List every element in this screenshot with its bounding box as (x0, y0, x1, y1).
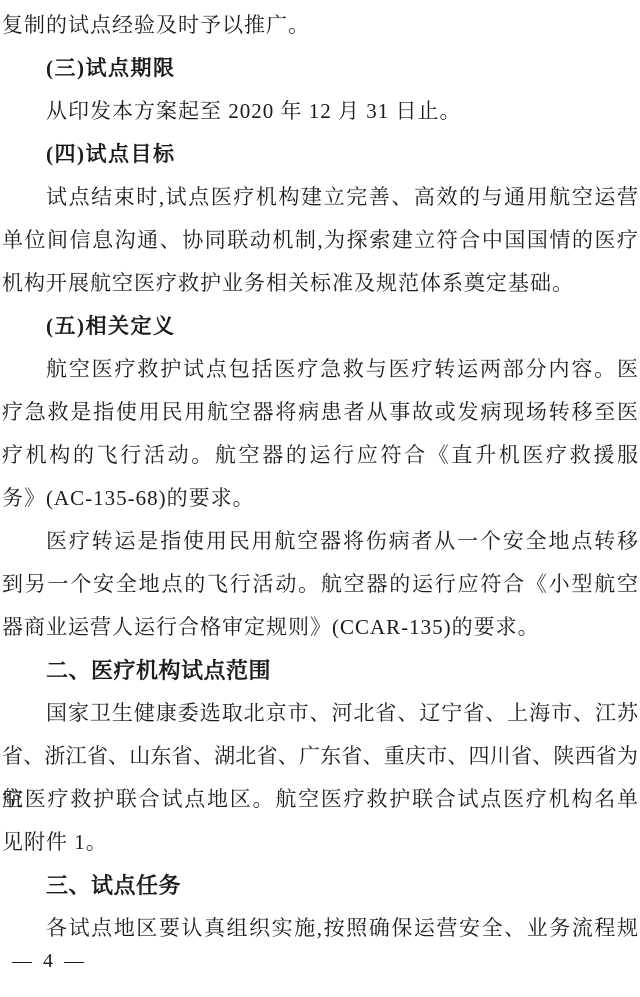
body-line: 见附件 1。 (2, 821, 638, 864)
body-line: 机构开展航空医疗救护业务相关标准及规范体系奠定基础。 (2, 262, 638, 305)
body-line: 到另一个安全地点的飞行活动。航空器的运行应符合《小型航空 (2, 563, 638, 606)
page-number: — 4 — (12, 950, 87, 972)
body-line: 国家卫生健康委选取北京市、河北省、辽宁省、上海市、江苏 (2, 692, 638, 735)
body-line: 务》(AC-135-68)的要求。 (2, 477, 638, 520)
body-line: 医疗转运是指使用民用航空器将伤病者从一个安全地点转移 (2, 520, 638, 563)
body-line: 疗急救是指使用民用航空器将病患者从事故或发病现场转移至医 (2, 391, 638, 434)
body-line: 省、浙江省、山东省、湖北省、广东省、重庆市、四川省、陕西省为航 (2, 735, 638, 778)
body-line: 空医疗救护联合试点地区。航空医疗救护联合试点医疗机构名单 (2, 778, 638, 821)
body-line: 各试点地区要认真组织实施,按照确保运营安全、业务流程规 (2, 907, 638, 950)
body-line: 试点结束时,试点医疗机构建立完善、高效的与通用航空运营 (2, 176, 638, 219)
body-line: 疗机构的飞行活动。航空器的运行应符合《直升机医疗救援服 (2, 434, 638, 477)
heading-section-3-tasks: 三、试点任务 (2, 864, 638, 907)
body-line: 航空医疗救护试点包括医疗急救与医疗转运两部分内容。医 (2, 348, 638, 391)
heading-trial-period: (三)试点期限 (2, 47, 638, 90)
heading-related-definitions: (五)相关定义 (2, 305, 638, 348)
body-line: 器商业运营人运行合格审定规则》(CCAR-135)的要求。 (2, 606, 638, 649)
heading-trial-goal: (四)试点目标 (2, 133, 638, 176)
heading-section-2-scope: 二、医疗机构试点范围 (2, 649, 638, 692)
body-line: 单位间信息沟通、协同联动机制,为探索建立符合中国国情的医疗 (2, 219, 638, 262)
body-line: 从印发本方案起至 2020 年 12 月 31 日止。 (2, 90, 638, 133)
document-page: 复制的试点经验及时予以推广。 (三)试点期限 从印发本方案起至 2020 年 1… (0, 0, 640, 997)
body-line: 复制的试点经验及时予以推广。 (2, 4, 638, 47)
